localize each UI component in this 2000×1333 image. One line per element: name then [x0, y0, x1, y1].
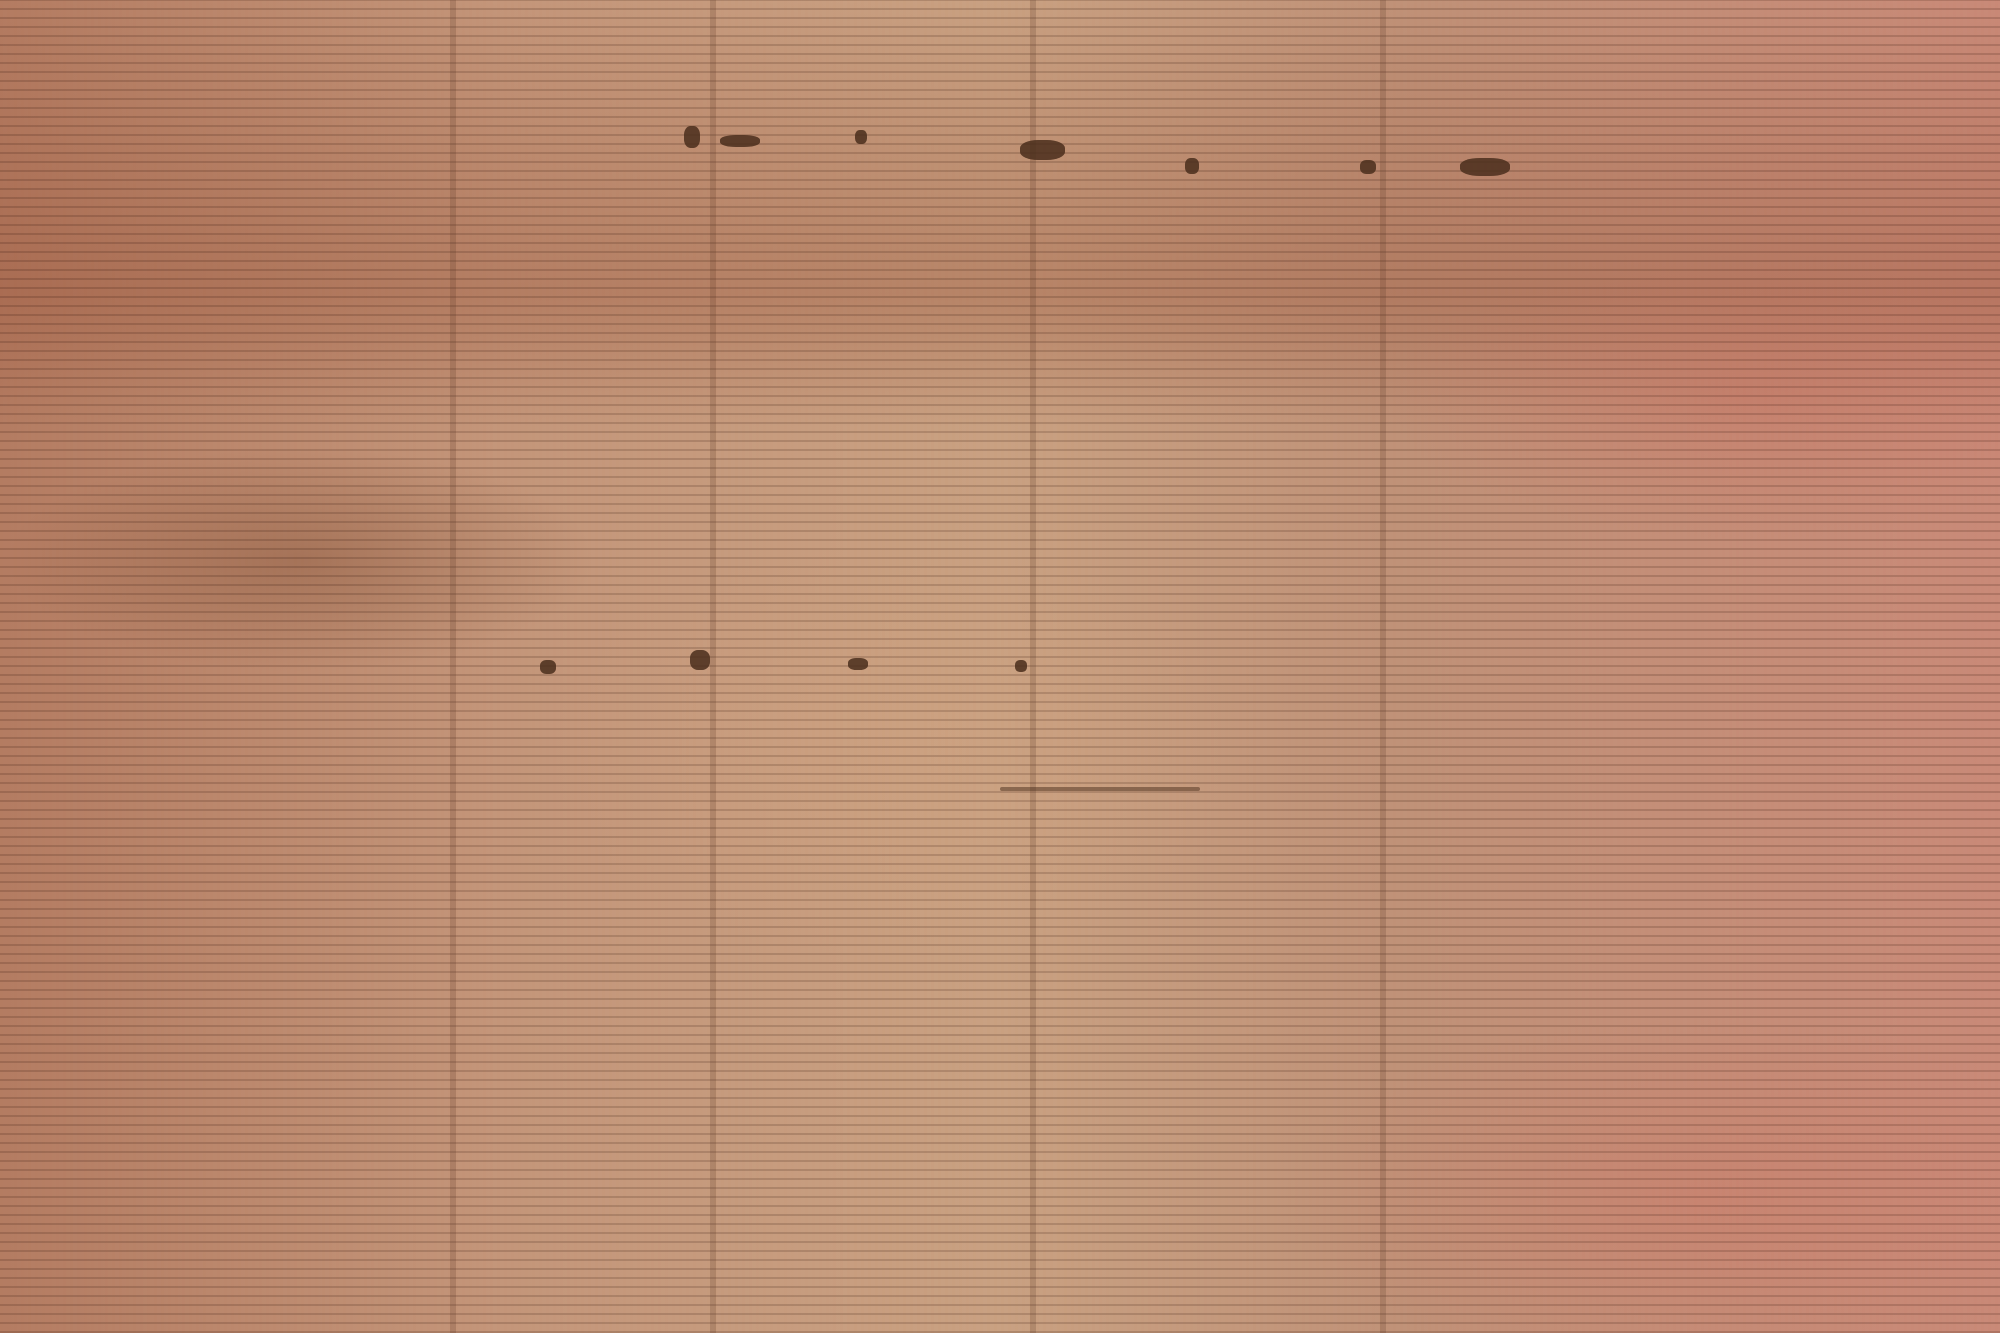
faded-vertical-line — [1030, 0, 1036, 1333]
dark-knot-spot — [684, 126, 700, 148]
dark-knot-spot — [1360, 160, 1376, 174]
dark-knot-spot — [848, 658, 868, 670]
dark-knot-spot — [1460, 158, 1510, 176]
faded-vertical-line — [1380, 0, 1386, 1333]
dark-knot-spot — [855, 130, 867, 144]
dark-knot-spot — [1015, 660, 1027, 672]
dark-knot-spot — [1020, 140, 1065, 160]
dark-knot-spot — [720, 135, 760, 147]
faded-vertical-line — [450, 0, 456, 1333]
pile-weave-overlay — [0, 0, 2000, 1333]
dark-knot-spot — [540, 660, 556, 674]
rug-texture-photo — [0, 0, 2000, 1333]
faded-vertical-line — [710, 0, 716, 1333]
dark-knot-spot — [1185, 158, 1199, 174]
stitched-repair-line — [1000, 787, 1200, 791]
dark-knot-spot — [690, 650, 710, 670]
